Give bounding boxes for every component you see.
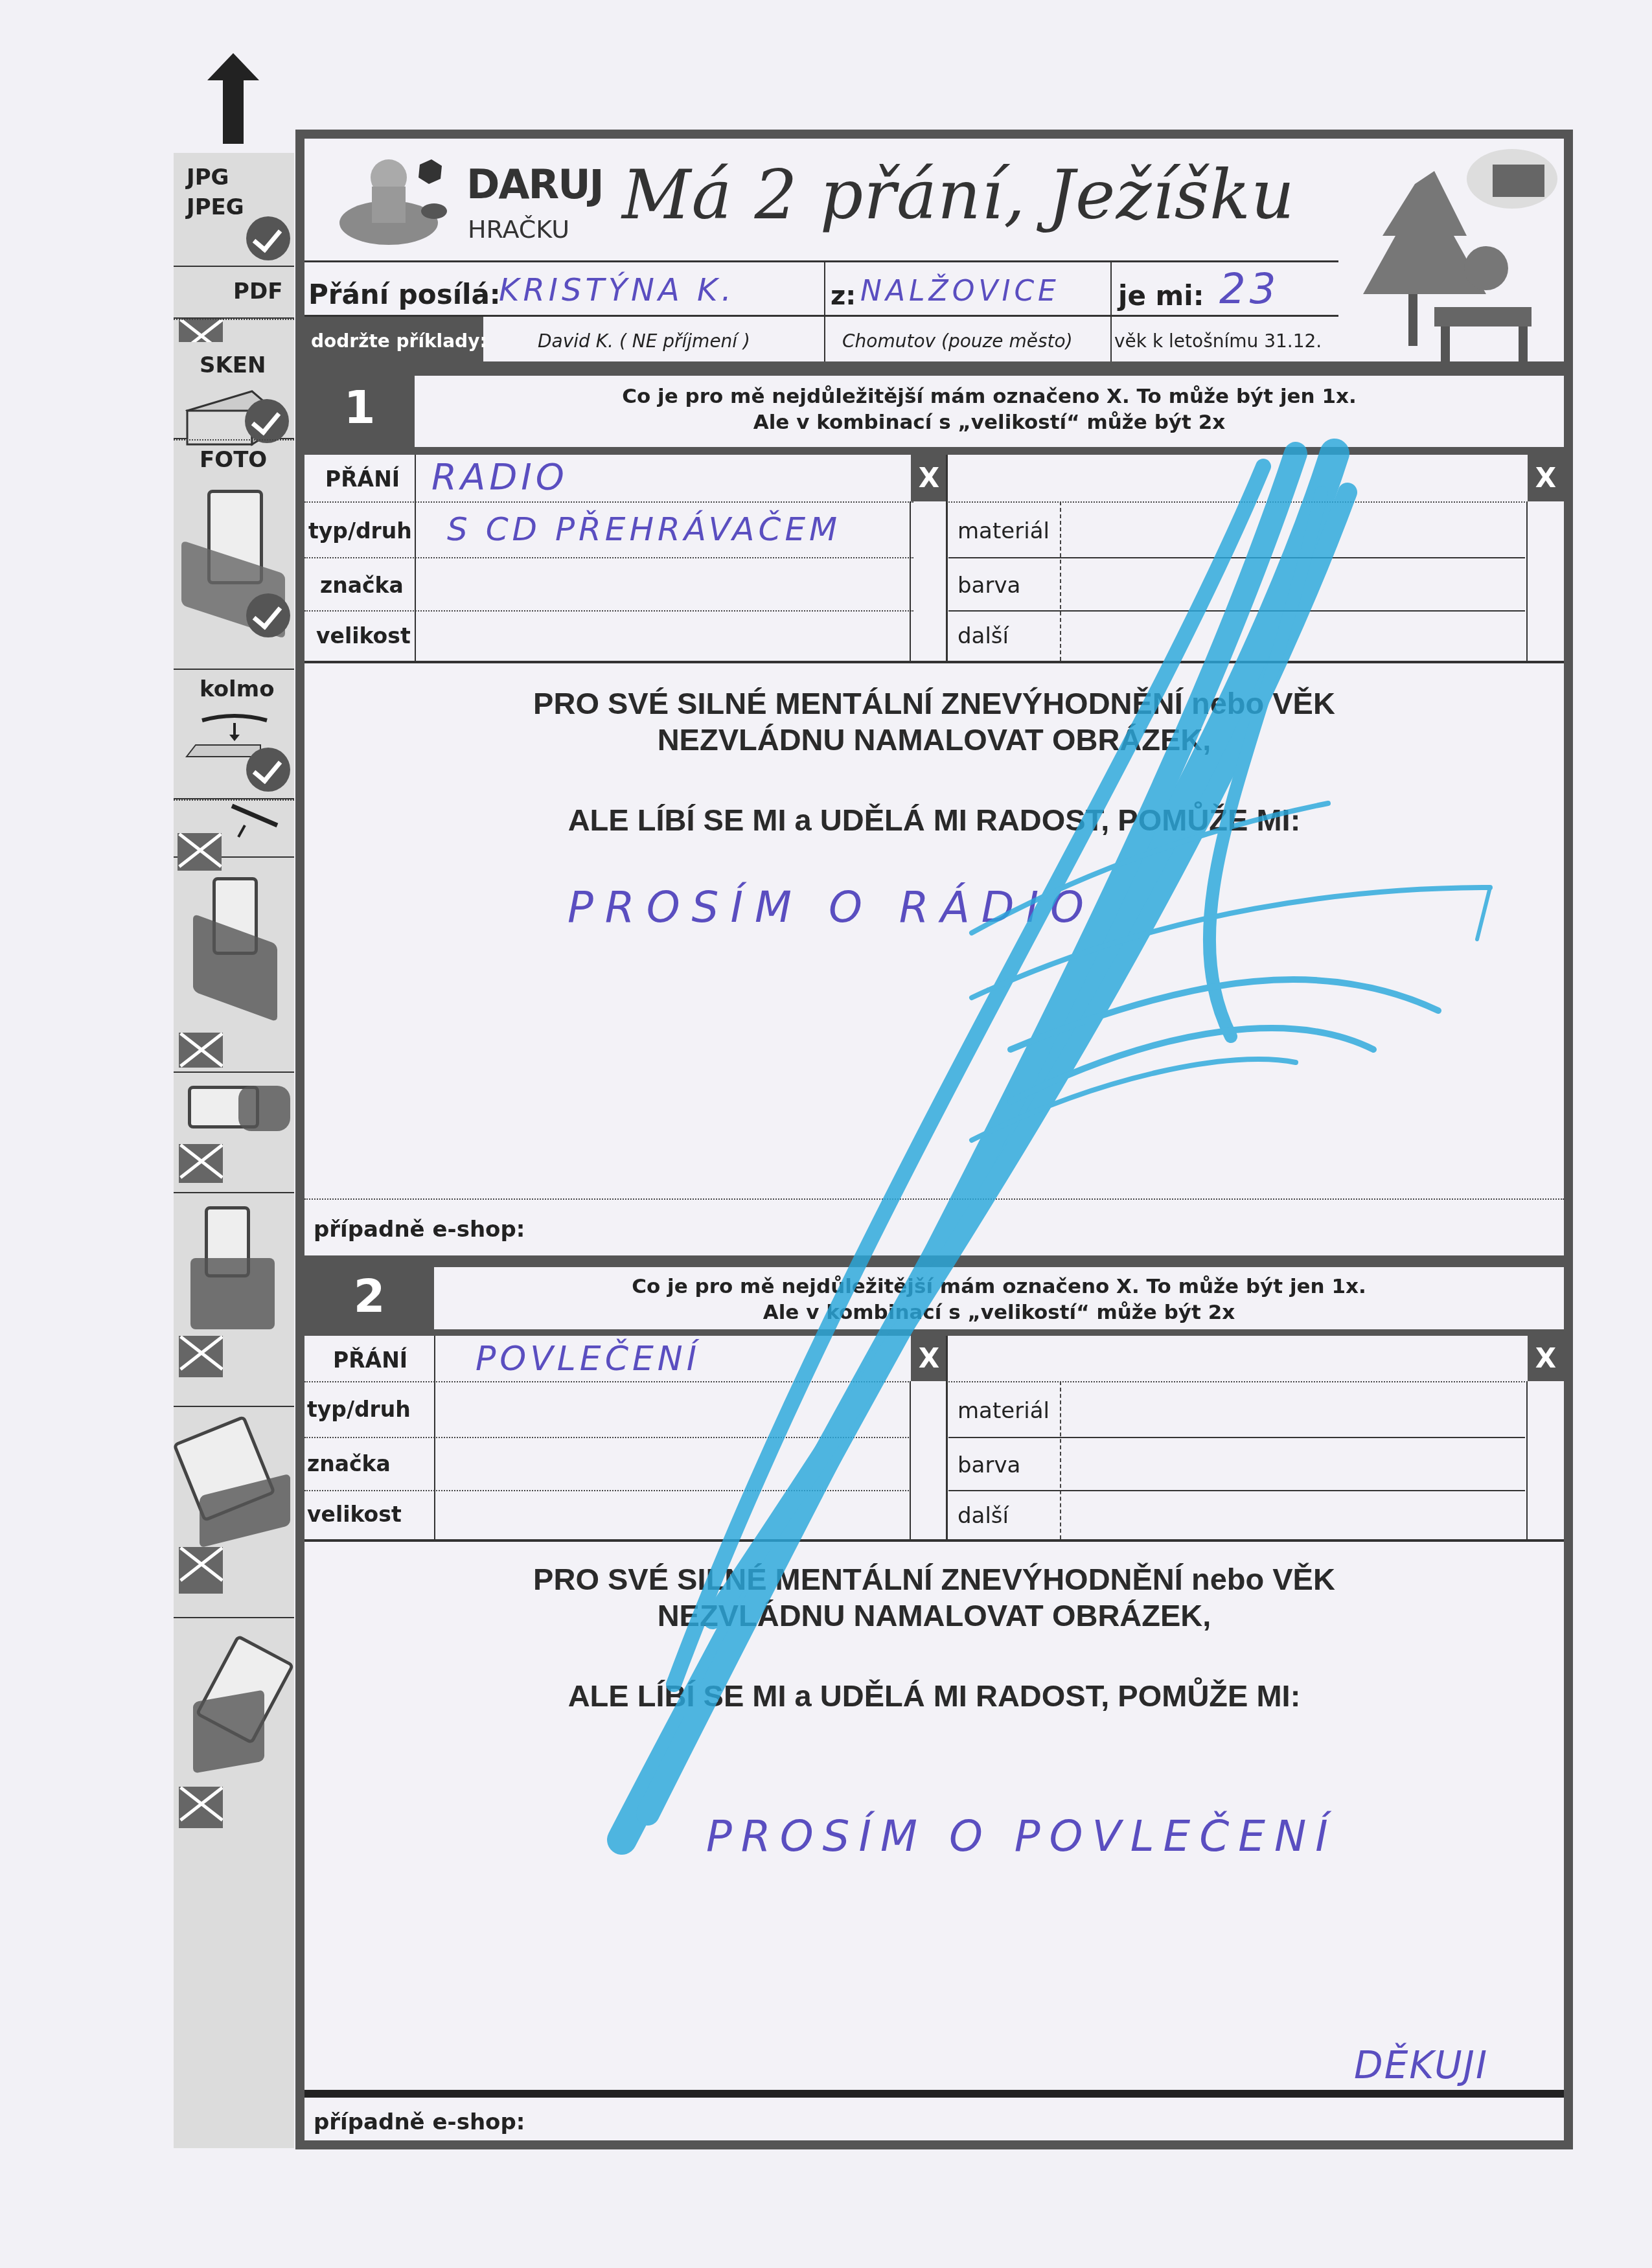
row-label: typ/druh	[308, 518, 412, 544]
check-icon	[246, 593, 290, 637]
material-field[interactable]	[1062, 503, 1522, 556]
priority-checkbox[interactable]	[911, 503, 946, 557]
examples-label: dodržte příklady:	[311, 330, 487, 352]
x-mark-icon	[179, 1547, 223, 1594]
instruction-line: Ale v kombinací s „velikostí“ může být 2…	[415, 409, 1564, 435]
city-field[interactable]: NALŽOVICE	[860, 275, 1060, 308]
sidebar-item-jpg: JPG JPEG	[174, 153, 294, 267]
eshop-label: případně e-shop:	[314, 1217, 525, 1243]
priority-checkbox[interactable]	[1528, 503, 1564, 661]
section-number: 2	[304, 1270, 434, 1323]
notice-text: PRO SVÉ SILNÉ MENTÁLNÍ ZNEVÝHODNĚNÍ nebo…	[304, 1561, 1564, 1714]
row-label: materiál	[958, 518, 1050, 544]
example-city: Chomutov (pouze město)	[842, 330, 1073, 352]
notice-line: PRO SVÉ SILNÉ MENTÁLNÍ ZNEVÝHODNĚNÍ nebo…	[304, 1561, 1564, 1598]
x-mark-icon	[179, 1144, 223, 1183]
sender-name-field[interactable]: KRISTÝNA K.	[499, 272, 735, 308]
wish-field[interactable]: RADIO	[431, 456, 568, 498]
sidebar-label: SKEN	[200, 352, 266, 378]
notice-line: ALE LÍBÍ SE MI a UDĚLÁ MI RADOST, POMŮŽE…	[304, 1678, 1564, 1714]
sidebar-item-angled	[174, 799, 294, 858]
row-label: barva	[958, 573, 1020, 599]
x-mark-icon	[179, 1033, 223, 1068]
priority-x-header: X	[911, 1336, 947, 1381]
x-mark-icon	[179, 1336, 223, 1377]
row-label: další	[958, 1503, 1009, 1529]
sidebar-item-landscape	[174, 1073, 294, 1193]
instruction-line: Co je pro mě nejdůležitější mám označeno…	[434, 1274, 1564, 1300]
row-label: PŘÁNÍ	[325, 466, 400, 492]
size-field[interactable]	[419, 613, 911, 659]
priority-x-header: X	[1528, 1336, 1564, 1381]
sidebar-label: PDF	[233, 279, 282, 304]
notice-line: ALE LÍBÍ SE MI a UDĚLÁ MI RADOST, POMŮŽE…	[304, 802, 1564, 838]
sidebar-item-tilted	[174, 1407, 294, 1618]
notice-text: PRO SVÉ SILNÉ MENTÁLNÍ ZNEVÝHODNĚNÍ nebo…	[304, 685, 1564, 838]
example-age: věk k letošnímu 31.12.	[1114, 330, 1322, 352]
priority-checkbox[interactable]	[911, 558, 946, 610]
priority-checkbox[interactable]	[1528, 1382, 1564, 1538]
sidebar-label: JPG	[187, 165, 229, 190]
row-label: velikost	[307, 1502, 402, 1527]
eshop-field[interactable]	[525, 1208, 1555, 1253]
priority-x-header: X	[1528, 455, 1564, 501]
material-field[interactable]	[1062, 1382, 1522, 1436]
section-instruction: Co je pro mě nejdůležitější mám označeno…	[434, 1274, 1564, 1325]
check-icon	[246, 748, 290, 792]
notice-line: PRO SVÉ SILNÉ MENTÁLNÍ ZNEVÝHODNĚNÍ nebo…	[304, 685, 1564, 722]
angled-camera-icon	[219, 803, 290, 842]
row-label: velikost	[316, 623, 411, 648]
priority-checkbox[interactable]	[911, 1382, 946, 1538]
priority-checkbox[interactable]	[911, 612, 946, 661]
row-label: značka	[320, 573, 404, 598]
section-number: 1	[304, 381, 415, 434]
type-field[interactable]: S CD PŘEHRÁVAČEM	[447, 510, 841, 548]
row-label: materiál	[958, 1398, 1050, 1424]
check-icon	[245, 399, 289, 443]
size-field[interactable]	[438, 1493, 908, 1538]
header-logo-illustration	[337, 152, 460, 249]
eshop-label: případně e-shop:	[314, 2109, 525, 2135]
x-mark-icon	[179, 1787, 223, 1828]
age-field[interactable]: 23	[1219, 266, 1279, 314]
instruction-line: Co je pro mě nejdůležitější mám označeno…	[415, 384, 1564, 409]
notice-line: NEZVLÁDNU NAMALOVAT OBRÁZEK,	[304, 722, 1564, 758]
logo-text-daruj: DARUJ	[466, 161, 603, 208]
wish-form: DARUJ HRAČKU Má 2 přání, Ježíšku Přání p…	[295, 130, 1573, 2149]
section-instruction: Co je pro mě nejdůležitější mám označeno…	[415, 384, 1564, 435]
priority-x-header: X	[911, 455, 947, 501]
sidebar-label: kolmo	[200, 676, 275, 702]
eshop-field[interactable]	[525, 2102, 1555, 2147]
row-label: PŘÁNÍ	[333, 1347, 407, 1373]
notice-line: NEZVLÁDNU NAMALOVAT OBRÁZEK,	[304, 1598, 1564, 1634]
row-label: typ/druh	[307, 1397, 411, 1422]
up-arrow-icon	[207, 53, 259, 144]
example-name: David K. ( NE příjmení )	[538, 330, 750, 352]
sidebar-label: JPEG	[187, 194, 244, 220]
sidebar-item-photo-bg	[174, 858, 294, 1073]
logo-text-hracku: HRAČKU	[468, 215, 569, 244]
wish-field[interactable]: POVLEČENÍ	[476, 1340, 700, 1379]
request-field[interactable]: PROSÍM O RÁDIO	[568, 882, 1096, 932]
signoff-text: DĚKUJI	[1354, 2043, 1488, 2087]
sidebar-item-pdf: PDF	[174, 267, 294, 319]
format-guide-sidebar: JPG JPEG PDF SKEN FOTO kolmo	[174, 153, 294, 2148]
color-field[interactable]	[1062, 1439, 1522, 1489]
color-field[interactable]	[1062, 560, 1522, 609]
row-label: další	[958, 623, 1009, 649]
brand-field[interactable]	[438, 1439, 908, 1489]
sidebar-item-handheld	[174, 1193, 294, 1407]
sidebar-item-perpendicular: kolmo	[174, 670, 294, 799]
check-icon	[246, 216, 290, 260]
row-label: značka	[307, 1451, 391, 1476]
page-title: Má 2 přání, Ježíšku	[622, 155, 1295, 235]
row-label: barva	[958, 1452, 1020, 1478]
sender-label: Přání posílá:	[308, 279, 501, 310]
city-label: z:	[831, 281, 856, 311]
age-label: je mi:	[1118, 280, 1204, 312]
sidebar-item-photo: FOTO	[174, 439, 294, 670]
other-field[interactable]	[1062, 1493, 1522, 1538]
sidebar-label: FOTO	[200, 447, 267, 473]
request-field[interactable]: PROSÍM O POVLEČENÍ	[706, 1811, 1337, 1861]
sidebar-item-tilted-2	[174, 1618, 294, 1870]
christmas-tree-illustration	[1337, 139, 1557, 376]
instruction-line: Ale v kombinací s „velikostí“ může být 2…	[434, 1300, 1564, 1325]
type-field[interactable]	[438, 1384, 908, 1436]
other-field[interactable]	[1062, 613, 1522, 659]
brand-field[interactable]	[419, 560, 911, 612]
